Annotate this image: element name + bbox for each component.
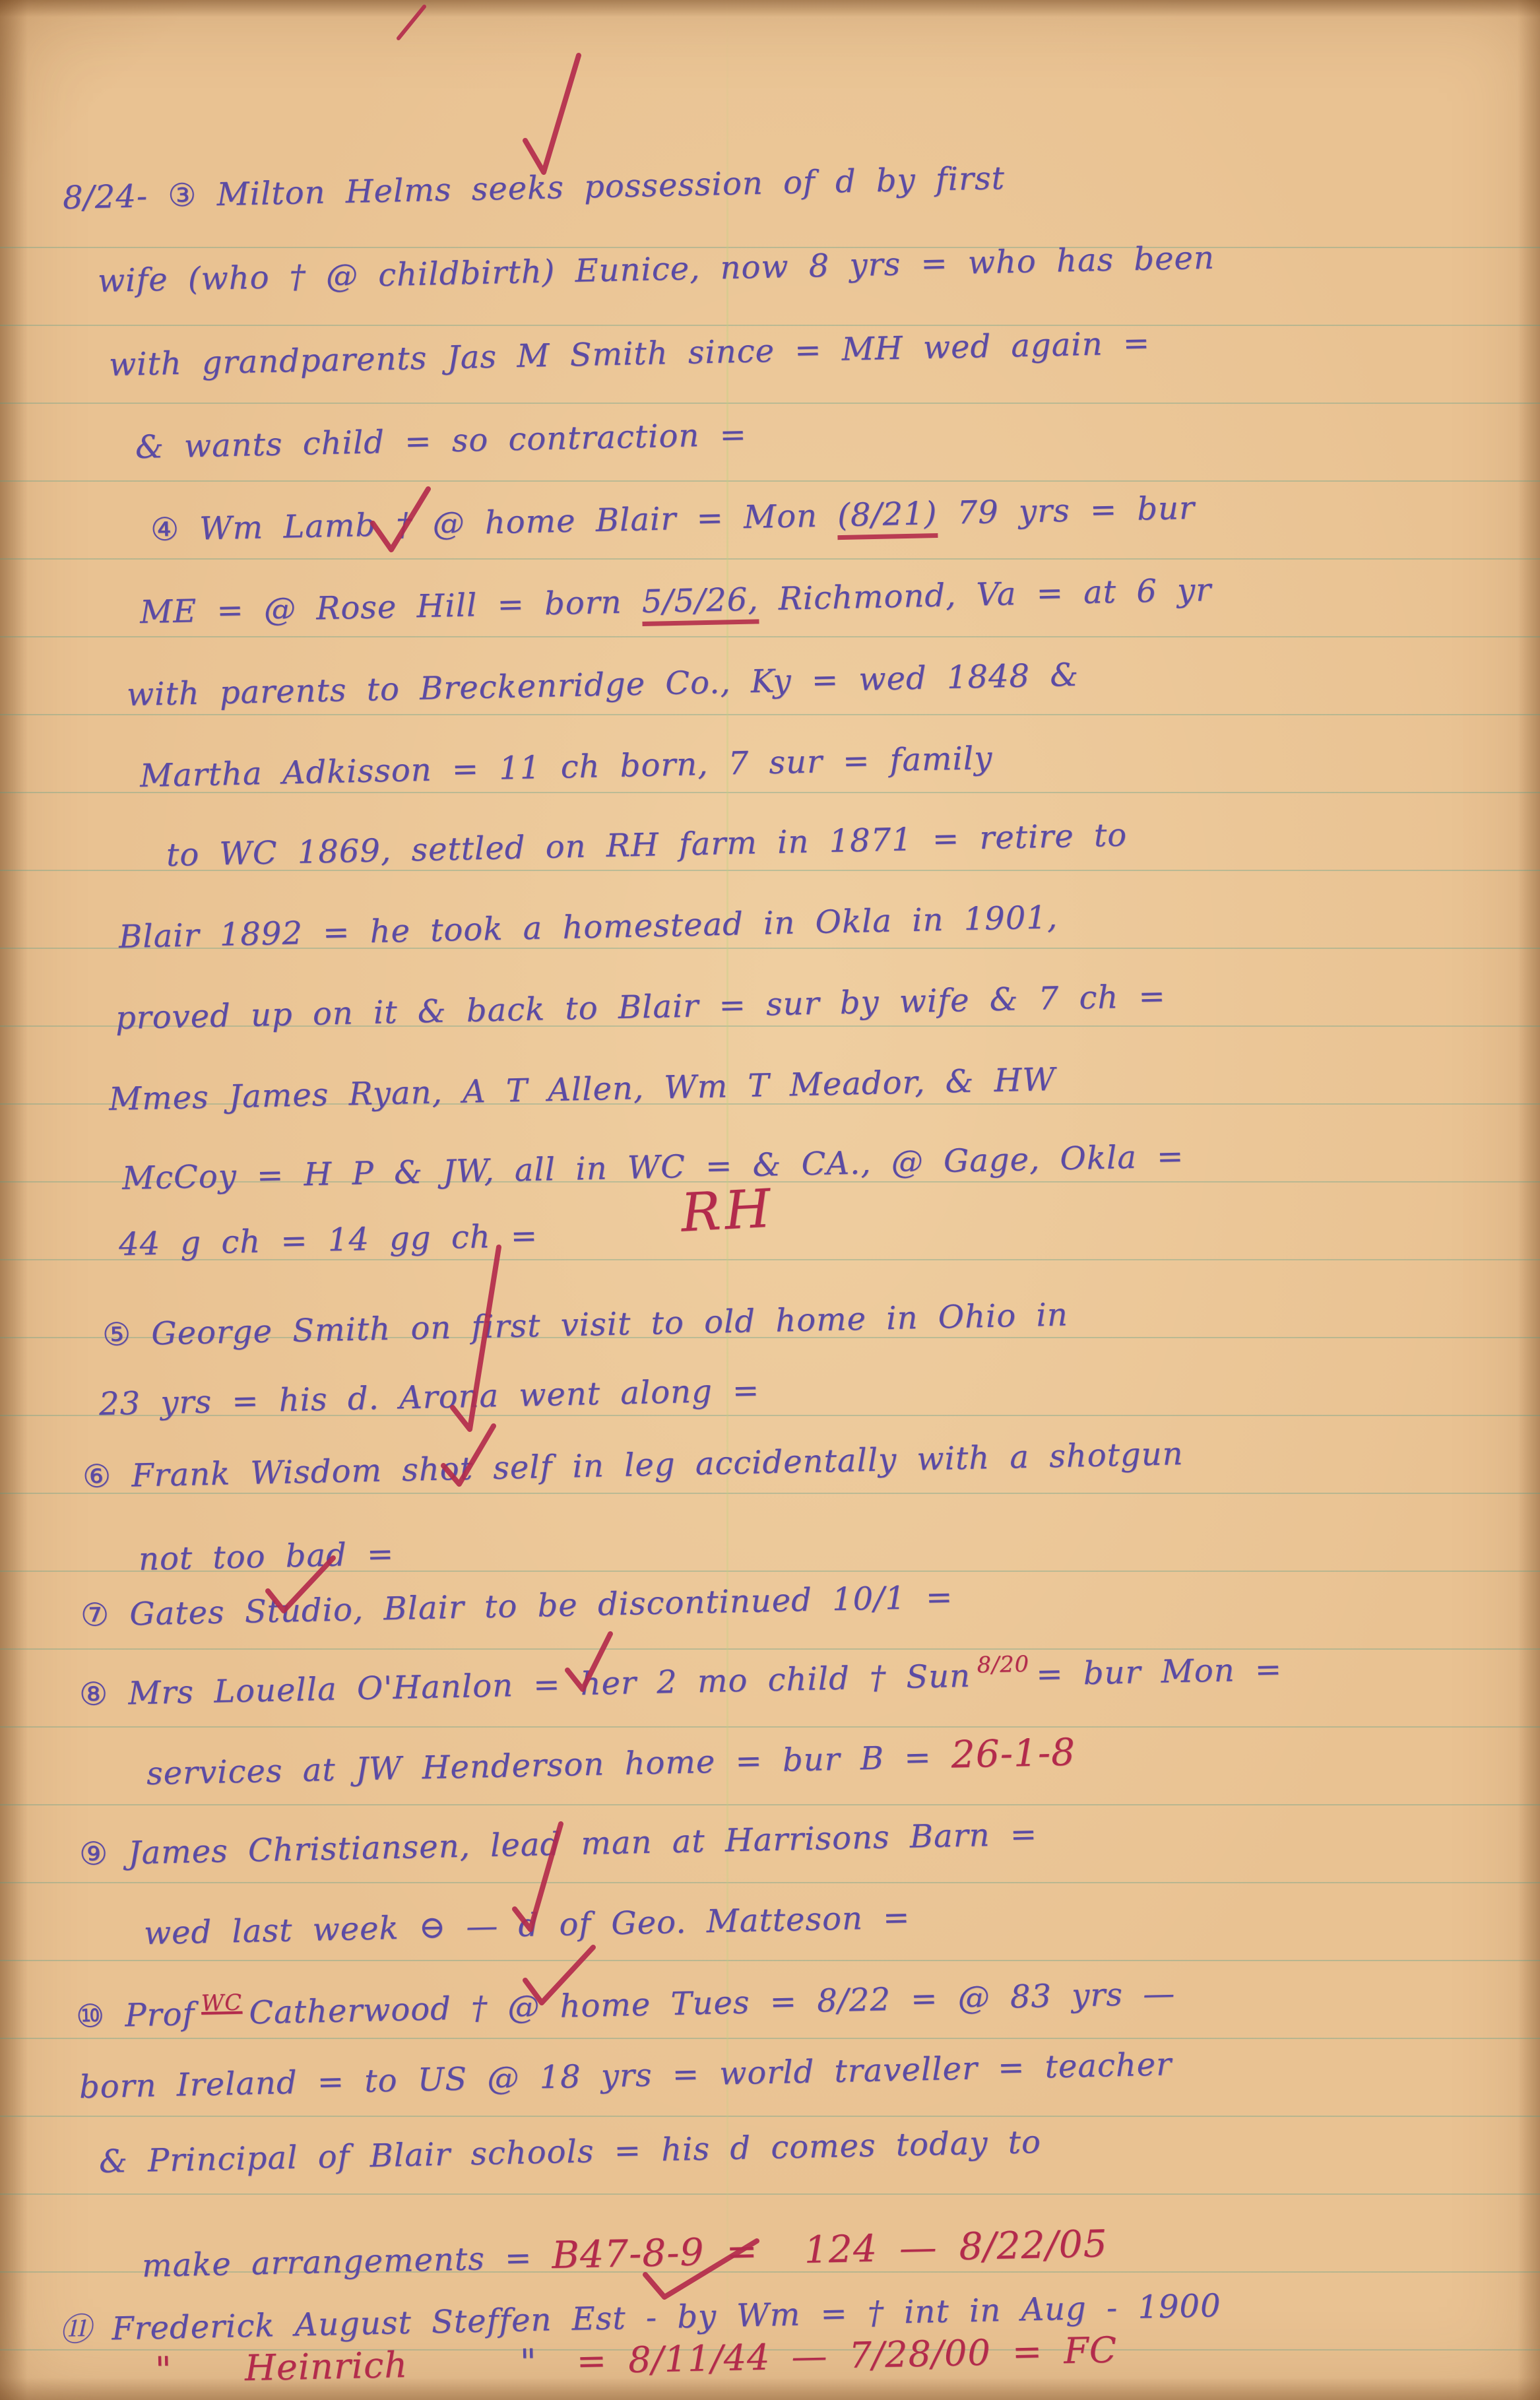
handwriting-segment: proved up on it & back to Blair = sur by… bbox=[115, 978, 1166, 1037]
handwriting-segment: to WC 1869, settled on RH farm in 1871 =… bbox=[166, 817, 1127, 874]
handwritten-line-entry-4: Mmes James Ryan, A T Allen, Wm T Meador,… bbox=[108, 1061, 1056, 1118]
handwriting-segment: ⑤ George Smith on first visit to old hom… bbox=[102, 1296, 1068, 1353]
handwritten-line-entry-9: wed last week ⊖ — d of Geo. Matteson = bbox=[143, 1899, 910, 1952]
handwriting-segment: Richmond, Va = at 6 yr bbox=[758, 571, 1212, 618]
handwriting-segment: " bbox=[519, 2341, 537, 2384]
handwritten-line-entry-4: Martha Adkisson = 11 ch born, 7 sur = fa… bbox=[139, 740, 992, 795]
red-check-entry-3-icon bbox=[525, 55, 579, 172]
handwritten-line-entry-4: 44 g ch = 14 gg ch = bbox=[118, 1217, 538, 1263]
handwriting-segment: 26-1-8 bbox=[951, 1731, 1076, 1777]
handwriting-segment: 124 — 8/22/05 bbox=[804, 2222, 1108, 2272]
handwriting-segment: 8/20 bbox=[977, 1651, 1029, 1678]
handwriting-segment: " bbox=[154, 2349, 172, 2391]
handwritten-line-entry-4: with parents to Breckenridge Co., Ky = w… bbox=[126, 657, 1079, 713]
handwriting-segment: = bur Mon = bbox=[1036, 1651, 1283, 1693]
handwriting-segment: ⑧ Mrs Louella O'Hanlon = her 2 mo child … bbox=[79, 1658, 971, 1713]
handwritten-line-entry-3: 8/24- ③ Milton Helms seeks possession of… bbox=[62, 160, 1005, 216]
handwritten-line-entry-8: services at JW Henderson home = bur B = … bbox=[146, 1731, 1075, 1794]
handwritten-line-entry-10: & Principal of Blair schools = his d com… bbox=[98, 2124, 1041, 2180]
handwriting-segment: B47-8-9 = bbox=[552, 2229, 759, 2277]
handwritten-line-entry-10: make arrangements = B47-8-9 =124 — 8/22/… bbox=[141, 2222, 1108, 2286]
handwriting-segment: services at JW Henderson home = bur B = bbox=[146, 1738, 951, 1792]
handwritten-line-entry-10: ⑩ ProfWCCatherwood † @ home Tues = 8/22 … bbox=[75, 1975, 1175, 2035]
handwritten-line-entry-3: with grandparents Jas M Smith since = MH… bbox=[108, 325, 1150, 383]
handwritten-line-entry-4: ④ Wm Lamb † @ home Blair = Mon (8/21) 79… bbox=[150, 490, 1195, 548]
handwritten-line-entry-9: ⑨ James Christiansen, lead man at Harris… bbox=[79, 1816, 1037, 1873]
handwriting-segment: Heinrich bbox=[244, 2344, 408, 2389]
handwritten-line-entry-6: ⑥ Frank Wisdom shot self in leg accident… bbox=[82, 1435, 1184, 1495]
handwriting-segment: 79 yrs = bur bbox=[937, 490, 1196, 532]
handwriting-segment: ⑦ Gates Studio, Blair to be discontinued… bbox=[80, 1578, 953, 1634]
handwriting-segment: Mmes James Ryan, A T Allen, Wm T Meador,… bbox=[108, 1061, 1056, 1118]
handwriting-segment: wife (who † @ childbirth) Eunice, now 8 … bbox=[97, 240, 1215, 300]
handwritten-line-entry-3: & wants child = so contraction = bbox=[135, 416, 747, 466]
rose-hill-annotation: RH bbox=[680, 1177, 777, 1243]
manuscript-page: 8/24- ③ Milton Helms seeks possession of… bbox=[0, 0, 1540, 2400]
handwriting-segment: not too bad = bbox=[138, 1536, 394, 1578]
handwriting-segment: ⑩ Prof bbox=[75, 1995, 195, 2035]
handwriting-segment: Martha Adkisson = 11 ch born, 7 sur = fa… bbox=[139, 740, 992, 795]
handwriting-segment: WC bbox=[201, 1990, 242, 2016]
handwriting-segment: 8/24- ③ Milton Helms seeks possession of… bbox=[62, 160, 1005, 216]
handwritten-line-entry-4: ME = @ Rose Hill = born 5/5/26, Richmond… bbox=[139, 571, 1211, 631]
handwriting-segment: ④ Wm Lamb † @ home Blair = Mon bbox=[150, 497, 837, 548]
handwritten-line-entry-8: ⑧ Mrs Louella O'Hanlon = her 2 mo child … bbox=[79, 1651, 1282, 1713]
handwritten-line-entry-10: born Ireland = to US @ 18 yrs = world tr… bbox=[79, 2046, 1172, 2106]
handwriting-segment: McCoy = H P & JW, all in WC = & CA., @ G… bbox=[121, 1138, 1184, 1197]
handwriting-segment: born Ireland = to US @ 18 yrs = world tr… bbox=[79, 2046, 1172, 2106]
handwriting-segment: 23 yrs = his d. Arona went along = bbox=[98, 1372, 759, 1423]
handwriting-segment: Catherwood † @ home Tues = 8/22 = @ 83 y… bbox=[249, 1975, 1176, 2031]
handwriting-segment: ⑥ Frank Wisdom shot self in leg accident… bbox=[82, 1435, 1184, 1495]
handwriting-segment: Blair 1892 = he took a homestead in Okla… bbox=[118, 899, 1058, 956]
handwritten-line-entry-3: wife (who † @ childbirth) Eunice, now 8 … bbox=[97, 240, 1215, 300]
handwriting-segment: & wants child = so contraction = bbox=[135, 416, 747, 466]
handwritten-line-entry-7: ⑦ Gates Studio, Blair to be discontinued… bbox=[80, 1578, 953, 1634]
handwritten-line-entry-4: Blair 1892 = he took a homestead in Okla… bbox=[118, 899, 1058, 956]
handwritten-line-entry-6: not too bad = bbox=[138, 1536, 394, 1578]
handwritten-line-entry-5: 23 yrs = his d. Arona went along = bbox=[98, 1372, 759, 1423]
handwriting-segment: with parents to Breckenridge Co., Ky = w… bbox=[126, 657, 1079, 713]
handwriting-segment: make arrangements = bbox=[141, 2239, 552, 2285]
handwriting-segment: 5/5/26, bbox=[641, 581, 759, 626]
handwritten-line-entry-5: ⑤ George Smith on first visit to old hom… bbox=[102, 1296, 1068, 1353]
handwritten-line-entry-4: proved up on it & back to Blair = sur by… bbox=[115, 978, 1166, 1037]
handwritten-line-entry-4: to WC 1869, settled on RH farm in 1871 =… bbox=[166, 817, 1127, 874]
handwriting-segment: ⑨ James Christiansen, lead man at Harris… bbox=[79, 1816, 1037, 1873]
handwritten-line-entry-4: McCoy = H P & JW, all in WC = & CA., @ G… bbox=[121, 1138, 1184, 1197]
handwriting-segment: wed last week ⊖ — d of Geo. Matteson = bbox=[143, 1899, 910, 1952]
handwriting-segment: & Principal of Blair schools = his d com… bbox=[98, 2124, 1041, 2180]
handwriting-segment: 44 g ch = 14 gg ch = bbox=[118, 1217, 538, 1263]
handwriting-segment: (8/21) bbox=[837, 495, 938, 540]
red-slash-top-icon bbox=[399, 7, 424, 38]
handwriting-segment: with grandparents Jas M Smith since = MH… bbox=[108, 325, 1150, 383]
handwriting-segment: ME = @ Rose Hill = born bbox=[139, 583, 642, 631]
